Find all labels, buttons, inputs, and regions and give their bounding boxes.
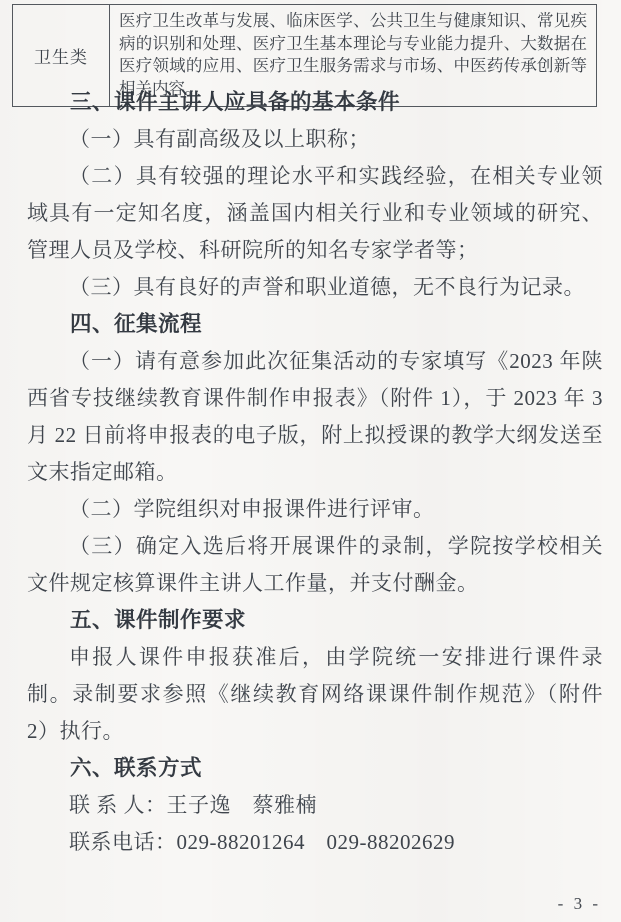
contact-person-line: 联 系 人：王子逸 蔡雅楠	[27, 787, 603, 824]
contact-phone-line: 联系电话：029-88201264 029-88202629	[27, 824, 603, 861]
document-page: 卫生类 医疗卫生改革与发展、临床医学、公共卫生与健康知识、常见疾病的识别和处理、…	[0, 0, 621, 922]
paragraph: （二）具有较强的理论水平和实践经验，在相关专业领域具有一定知名度，涵盖国内相关行…	[27, 158, 603, 269]
paragraph: （一）请有意参加此次征集活动的专家填写《2023 年陕西省专技继续教育课件制作申…	[27, 343, 603, 491]
section-heading-4: 四、征集流程	[27, 306, 603, 343]
section-heading-3: 三、课件主讲人应具备的基本条件	[27, 84, 603, 121]
document-body: 三、课件主讲人应具备的基本条件 （一）具有副高级及以上职称； （二）具有较强的理…	[27, 84, 603, 861]
paragraph: （三）确定入选后将开展课件的录制，学院按学校相关文件规定核算课件主讲人工作量，并…	[27, 528, 603, 602]
paragraph: （一）具有副高级及以上职称；	[27, 121, 603, 158]
section-heading-6: 六、联系方式	[27, 750, 603, 787]
page-number: - 3 -	[558, 894, 601, 914]
paragraph: （三）具有良好的声誉和职业道德，无不良行为记录。	[27, 269, 603, 306]
section-heading-5: 五、课件制作要求	[27, 602, 603, 639]
paragraph: 申报人课件申报获准后，由学院统一安排进行课件录制。录制要求参照《继续教育网络课课…	[27, 639, 603, 750]
paragraph: （二）学院组织对申报课件进行评审。	[27, 491, 603, 528]
